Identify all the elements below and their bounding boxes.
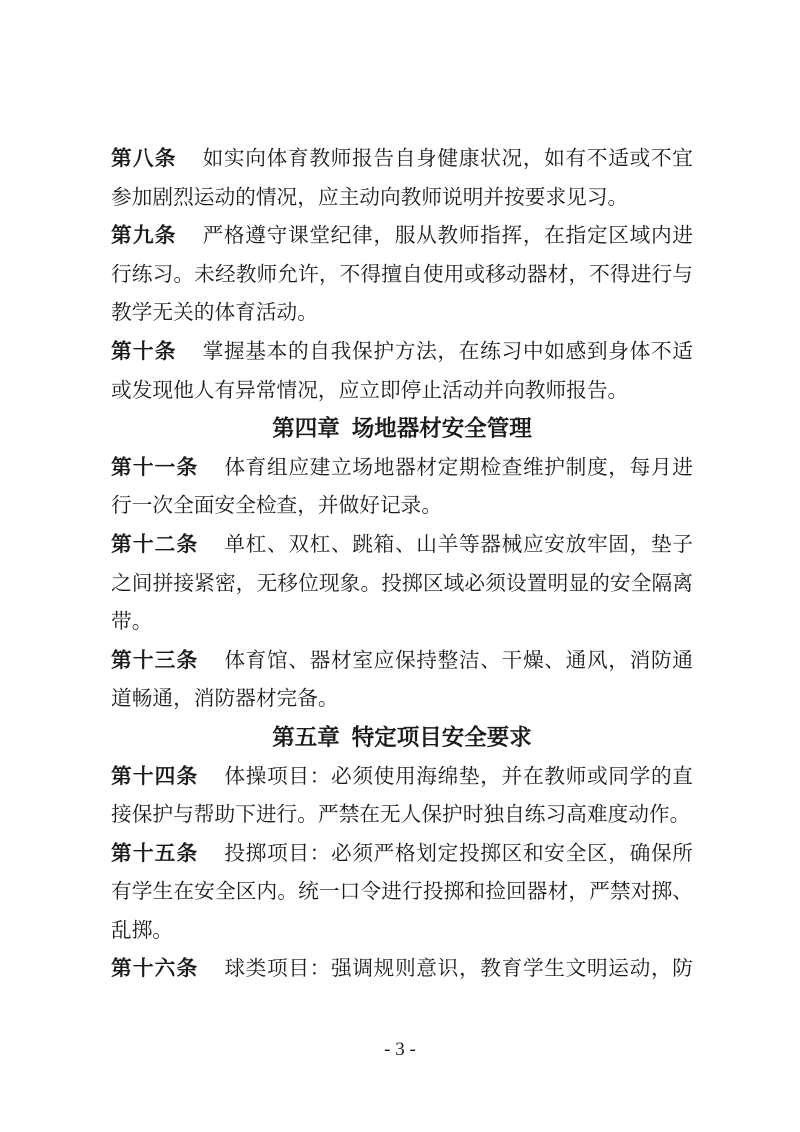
article-8-text: 如实向体育教师报告自身健康状况，如有不适或不宜参加剧烈运动的情况，应主动向教师说… [111, 148, 693, 209]
chapter-4-heading: 第四章场地器材安全管理 [111, 410, 693, 449]
article-15-label: 第十五条 [111, 843, 198, 865]
article-8: 第八条如实向体育教师报告自身健康状况，如有不适或不宜参加剧烈运动的情况，应主动向… [111, 140, 693, 217]
chapter-4-label: 第四章 [272, 416, 340, 441]
document-body: 第八条如实向体育教师报告自身健康状况，如有不适或不宜参加剧烈运动的情况，应主动向… [111, 140, 693, 989]
article-14: 第十四条体操项目：必须使用海绵垫，并在教师或同学的直接保护与帮助下进行。严禁在无… [111, 758, 693, 835]
chapter-5-title: 特定项目安全要求 [352, 725, 532, 750]
article-9-text: 严格遵守课堂纪律，服从教师指挥，在指定区域内进行练习。未经教师允许，不得擅自使用… [111, 225, 693, 324]
article-14-label: 第十四条 [111, 766, 198, 788]
chapter-4-title: 场地器材安全管理 [352, 416, 532, 441]
article-9-label: 第九条 [111, 225, 177, 247]
article-10-label: 第十条 [111, 341, 177, 363]
article-11-label: 第十一条 [111, 457, 198, 479]
article-11: 第十一条体育组应建立场地器材定期检查维护制度，每月进行一次全面安全检查，并做好记… [111, 449, 693, 526]
article-8-label: 第八条 [111, 148, 177, 170]
page-number: - 3 - [0, 1038, 800, 1062]
document-page: 第八条如实向体育教师报告自身健康状况，如有不适或不宜参加剧烈运动的情况，应主动向… [0, 0, 800, 1132]
article-14-text: 体操项目：必须使用海绵垫，并在教师或同学的直接保护与帮助下进行。严禁在无人保护时… [111, 766, 693, 827]
article-13: 第十三条体育馆、器材室应保持整洁、干燥、通风，消防通道畅通，消防器材完备。 [111, 642, 693, 719]
article-12: 第十二条单杠、双杠、跳箱、山羊等器械应安放牢固，垫子之间拼接紧密，无移位现象。投… [111, 526, 693, 642]
article-15: 第十五条投掷项目：必须严格划定投掷区和安全区，确保所有学生在安全区内。统一口令进… [111, 835, 693, 951]
article-16: 第十六条球类项目：强调规则意识，教育学生文明运动，防 [111, 950, 693, 989]
article-11-text: 体育组应建立场地器材定期检查维护制度，每月进行一次全面安全检查，并做好记录。 [111, 457, 693, 518]
article-12-label: 第十二条 [111, 534, 198, 556]
article-12-text: 单杠、双杠、跳箱、山羊等器械应安放牢固，垫子之间拼接紧密，无移位现象。投掷区域必… [111, 534, 693, 633]
article-10-text: 掌握基本的自我保护方法，在练习中如感到身体不适或发现他人有异常情况，应立即停止活… [111, 341, 693, 402]
article-10: 第十条掌握基本的自我保护方法，在练习中如感到身体不适或发现他人有异常情况，应立即… [111, 333, 693, 410]
article-16-text: 球类项目：强调规则意识，教育学生文明运动，防 [224, 958, 693, 980]
article-16-label: 第十六条 [111, 958, 198, 980]
article-9: 第九条严格遵守课堂纪律，服从教师指挥，在指定区域内进行练习。未经教师允许，不得擅… [111, 217, 693, 333]
chapter-5-label: 第五章 [272, 725, 340, 750]
article-13-label: 第十三条 [111, 650, 198, 672]
article-13-text: 体育馆、器材室应保持整洁、干燥、通风，消防通道畅通，消防器材完备。 [111, 650, 693, 711]
article-15-text: 投掷项目：必须严格划定投掷区和安全区，确保所有学生在安全区内。统一口令进行投掷和… [111, 843, 693, 942]
chapter-5-heading: 第五章特定项目安全要求 [111, 719, 693, 758]
